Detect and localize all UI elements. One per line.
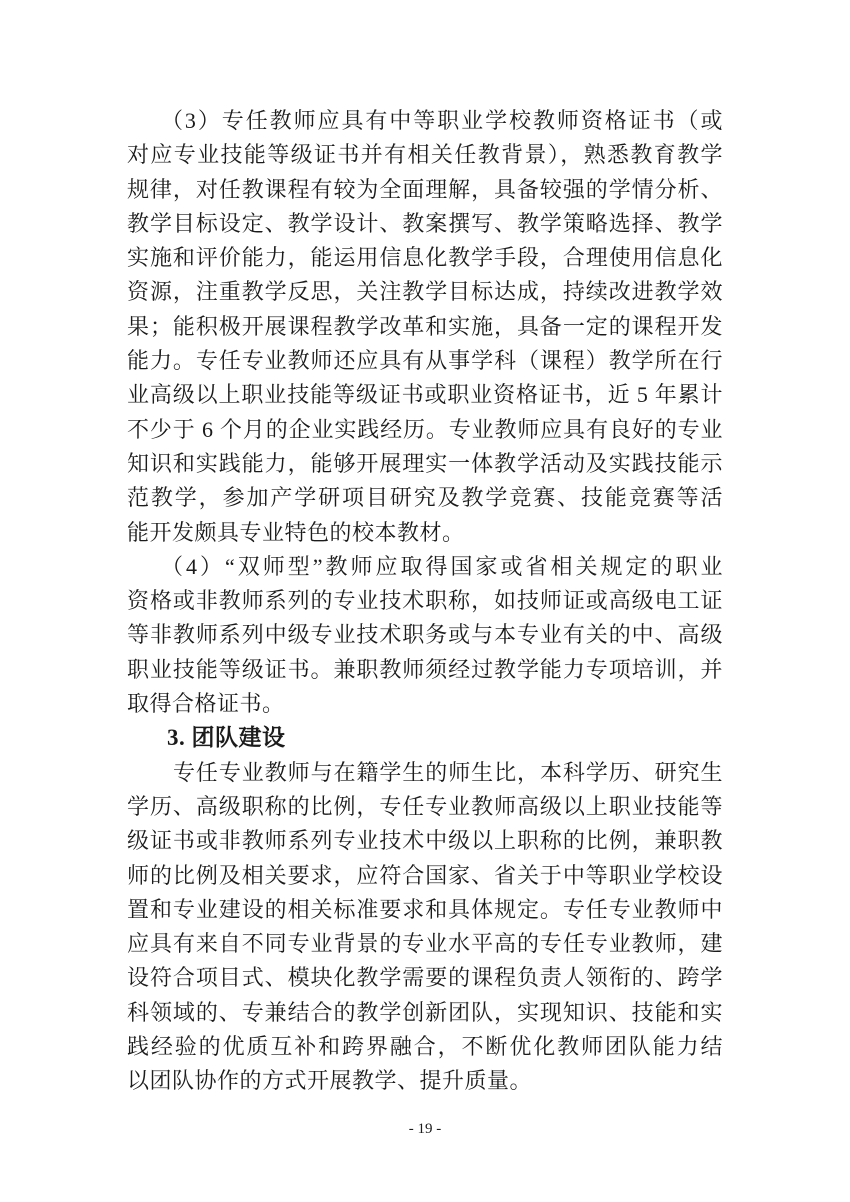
text-line: 职业技能等级证书。兼职教师须经过教学能力专项培训，并 [127,653,723,687]
text-line: 等非教师系列中级专业技术职务或与本专业有关的中、高级 [127,618,723,652]
text-line: 资格或非教师系列的专业技术职称，如技师证或高级电工证 [127,584,723,618]
text-line: 设符合项目式、模块化教学需要的课程负责人领衔的、跨学 [127,961,723,995]
text-line: 应具有来自不同专业背景的专业水平高的专任专业教师，建 [127,927,723,961]
text-line: 业高级以上职业技能等级证书或职业资格证书，近 5 年累计 [127,378,723,412]
text-line: 级证书或非教师系列专业技术中级以上职称的比例，兼职教 [127,824,723,858]
page-footer: - 19 - [0,1118,850,1140]
paragraph-block: 专任专业教师与在籍学生的师生比，本科学历、研究生学历、高级职称的比例，专任专业教… [127,756,723,1099]
text-line: 师的比例及相关要求，应符合国家、省关于中等职业学校设 [127,859,723,893]
paragraph-block: （3）专任教师应具有中等职业学校教师资格证书（或对应专业技能等级证书并有相关任教… [127,104,723,550]
text-line: 果；能积极开展课程教学改革和实施，具备一定的课程开发 [127,310,723,344]
text-line: 置和专业建设的相关标准要求和具体规定。专任专业教师中 [127,893,723,927]
text-line: 科领域的、专兼结合的教学创新团队，实现知识、技能和实 [127,996,723,1030]
text-line: 学历、高级职称的比例，专任专业教师高级以上职业技能等 [127,790,723,824]
text-line: 对应专业技能等级证书并有相关任教背景），熟悉教育教学 [127,138,723,172]
text-line: 不少于 6 个月的企业实践经历。专业教师应具有良好的专业 [127,413,723,447]
text-line: 范教学，参加产学研项目研究及教学竞赛、技能竞赛等活动， [127,481,723,515]
text-line: 规律，对任教课程有较为全面理解，具备较强的学情分析、 [127,173,723,207]
text-line: 以团队协作的方式开展教学、提升质量。 [127,1064,723,1098]
text-line: 资源，注重教学反思，关注教学目标达成，持续改进教学效 [127,275,723,309]
text-line: （4）“双师型”教师应取得国家或省相关规定的职业 [127,550,723,584]
text-line: 知识和实践能力，能够开展理实一体教学活动及实践技能示 [127,447,723,481]
page-number: - 19 - [409,1121,442,1137]
text-line: 践经验的优质互补和跨界融合，不断优化教师团队能力结构， [127,1030,723,1064]
section-heading-block: 3. 团队建设 [127,721,723,755]
text-line: （3）专任教师应具有中等职业学校教师资格证书（或 [127,104,723,138]
document-body: （3）专任教师应具有中等职业学校教师资格证书（或对应专业技能等级证书并有相关任教… [127,104,723,1099]
text-line: 教学目标设定、教学设计、教案撰写、教学策略选择、教学 [127,207,723,241]
text-line: 能开发颇具专业特色的校本教材。 [127,516,723,550]
text-line: 能力。专任专业教师还应具有从事学科（课程）教学所在行 [127,344,723,378]
paragraph-block: （4）“双师型”教师应取得国家或省相关规定的职业资格或非教师系列的专业技术职称，… [127,550,723,721]
text-line: 专任专业教师与在籍学生的师生比，本科学历、研究生 [127,756,723,790]
text-line: 实施和评价能力，能运用信息化教学手段，合理使用信息化 [127,241,723,275]
text-line: 取得合格证书。 [127,687,723,721]
document-page: （3）专任教师应具有中等职业学校教师资格证书（或对应专业技能等级证书并有相关任教… [0,0,850,1202]
section-heading: 3. 团队建设 [127,721,723,755]
